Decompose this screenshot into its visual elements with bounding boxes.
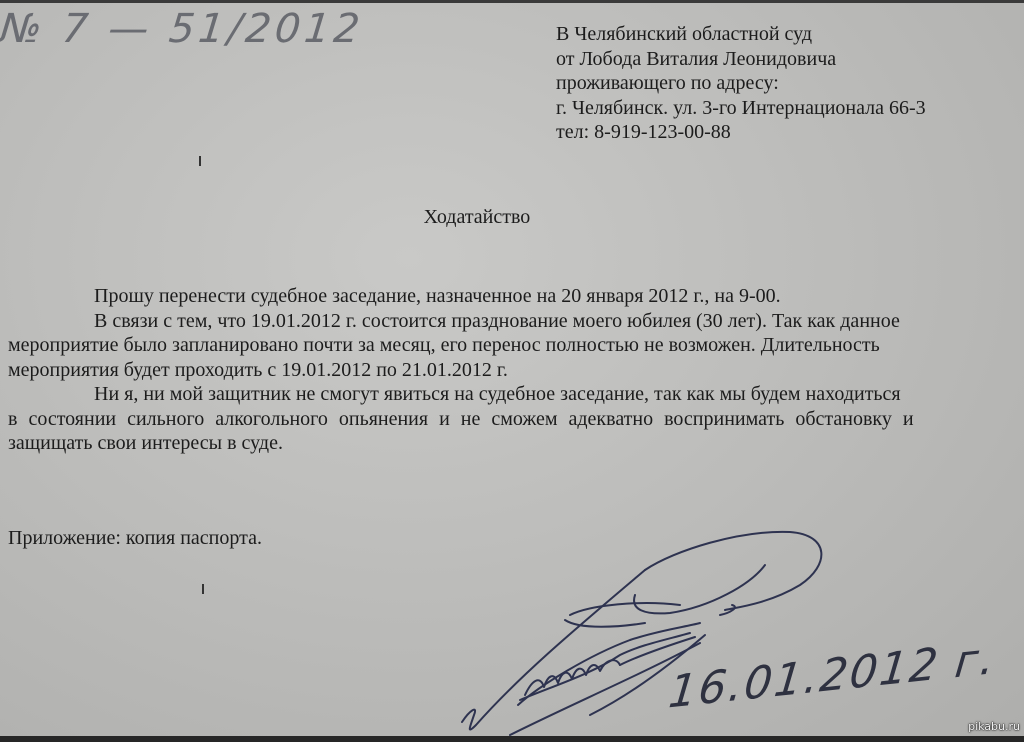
watermark: pikabu.ru bbox=[968, 720, 1020, 733]
body-line: в состоянии сильного алкогольного опьяне… bbox=[8, 407, 1024, 432]
scan-mark bbox=[202, 584, 204, 594]
document-title: Ходатайство bbox=[0, 206, 954, 229]
addressee-phone: тел: 8-919-123-00-88 bbox=[556, 120, 926, 145]
body-line: защищать свои интересы в суде. bbox=[8, 431, 1024, 456]
body-line: мероприятия будет проходить с 19.01.2012… bbox=[8, 358, 1024, 383]
addressee-court: В Челябинский областной суд bbox=[556, 22, 926, 47]
scan-mark bbox=[199, 156, 201, 166]
addressee-residing: проживающего по адресу: bbox=[556, 71, 926, 96]
addressee-from: от Лобода Виталия Леонидовича bbox=[556, 47, 926, 72]
addressee-block: В Челябинский областной суд от Лобода Ви… bbox=[556, 22, 926, 145]
top-edge bbox=[0, 0, 1024, 3]
body-line: мероприятие было запланировано почти за … bbox=[8, 333, 1024, 358]
body-line: Прошу перенести судебное заседание, назн… bbox=[8, 284, 1024, 309]
bottom-bar bbox=[0, 736, 1024, 742]
handwritten-case-number: № 7 — 51/2012 bbox=[0, 6, 366, 52]
appendix-note: Приложение: копия паспорта. bbox=[8, 527, 262, 550]
addressee-address: г. Челябинск. ул. 3-го Интернационала 66… bbox=[556, 96, 926, 121]
body-line: Ни я, ни мой защитник не смогут явиться … bbox=[8, 382, 1024, 407]
document-body: Прошу перенести судебное заседание, назн… bbox=[8, 284, 1024, 456]
scanned-document: № 7 — 51/2012 В Челябинский областной су… bbox=[0, 0, 1024, 736]
body-line: В связи с тем, что 19.01.2012 г. состоит… bbox=[8, 309, 1024, 334]
